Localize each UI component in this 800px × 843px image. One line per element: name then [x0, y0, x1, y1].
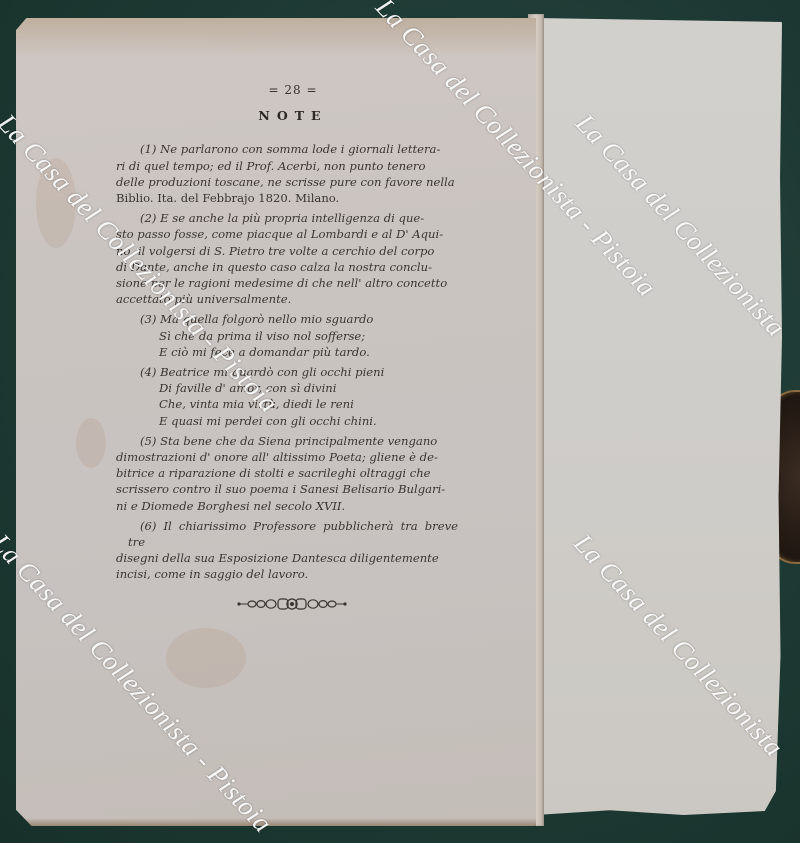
note-3-verse: (3) Ma quella folgorò nello mio sguardo …: [128, 311, 458, 360]
note-2: (2) E se anche la più propria intelligen…: [128, 210, 458, 307]
notes-text-block: = 28 = NOTE (1) Ne parlarono con somma l…: [128, 82, 458, 587]
note-line: ri di quel tempo; ed il Prof. Acerbi, no…: [128, 158, 458, 174]
note-1: (1) Ne parlarono con somma lode i giorna…: [128, 141, 458, 206]
note-line: no, il volgersi di S. Pietro tre volte a…: [128, 243, 458, 259]
note-line: di Dante, anche in questo caso calza la …: [128, 259, 458, 275]
page-heading: NOTE: [128, 108, 458, 124]
tailpiece-ornament-icon: [236, 598, 348, 610]
verse-line: (4) Beatrice mi guardò con gli occhi pie…: [140, 364, 458, 380]
page-number: = 28 =: [128, 82, 458, 98]
note-line: (1) Ne parlarono con somma lode i giorna…: [128, 141, 458, 157]
note-line: sione per le ragioni medesime di che nel…: [128, 275, 458, 291]
note-line: dimostrazioni d' onore all' altissimo Po…: [128, 449, 458, 465]
note-6: (6) Il chiarissimo Professore pubblicher…: [128, 518, 458, 583]
verse-line: E ciò mi fece a domandar più tardo.: [140, 344, 458, 360]
note-5: (5) Sta bene che da Siena principalmente…: [128, 433, 458, 514]
note-line: ni e Diomede Borghesi nel secolo XVII.: [128, 498, 458, 514]
note-line: bitrice a riparazione di stolti e sacril…: [128, 465, 458, 481]
note-line: (6) Il chiarissimo Professore pubblicher…: [128, 518, 458, 550]
note-line: disegni della sua Esposizione Dantesca d…: [128, 550, 458, 566]
paper-stain: [76, 418, 106, 468]
note-line: delle produzioni toscane, ne scrisse pur…: [128, 174, 458, 190]
blank-right-leaf: [536, 18, 782, 815]
note-line: scrissero contro il suo poema i Sanesi B…: [128, 481, 458, 497]
note-line: sto passo fosse, come piacque al Lombard…: [128, 226, 458, 242]
verse-line: Sì che da prima il viso nol sofferse;: [140, 328, 458, 344]
note-line: incisi, come in saggio del lavoro.: [128, 566, 458, 582]
note-4-verse: (4) Beatrice mi guardò con gli occhi pie…: [128, 364, 458, 429]
note-line: Biblio. Ita. del Febbrajo 1820. Milano.: [128, 190, 458, 206]
note-line: (2) E se anche la più propria intelligen…: [128, 210, 458, 226]
verse-line: Di faville d' amor, con sì divini: [140, 380, 458, 396]
verse-line: E quasi mi perdei con gli occhi chini.: [140, 413, 458, 429]
verse-line: (3) Ma quella folgorò nello mio sguardo: [140, 311, 458, 327]
paper-stain: [166, 628, 246, 688]
note-line: accettato più universalmente.: [128, 291, 458, 307]
note-line: (5) Sta bene che da Siena principalmente…: [128, 433, 458, 449]
paper-stain: [36, 158, 76, 248]
verse-line: Che, vinta mia virtù, diedi le reni: [140, 396, 458, 412]
